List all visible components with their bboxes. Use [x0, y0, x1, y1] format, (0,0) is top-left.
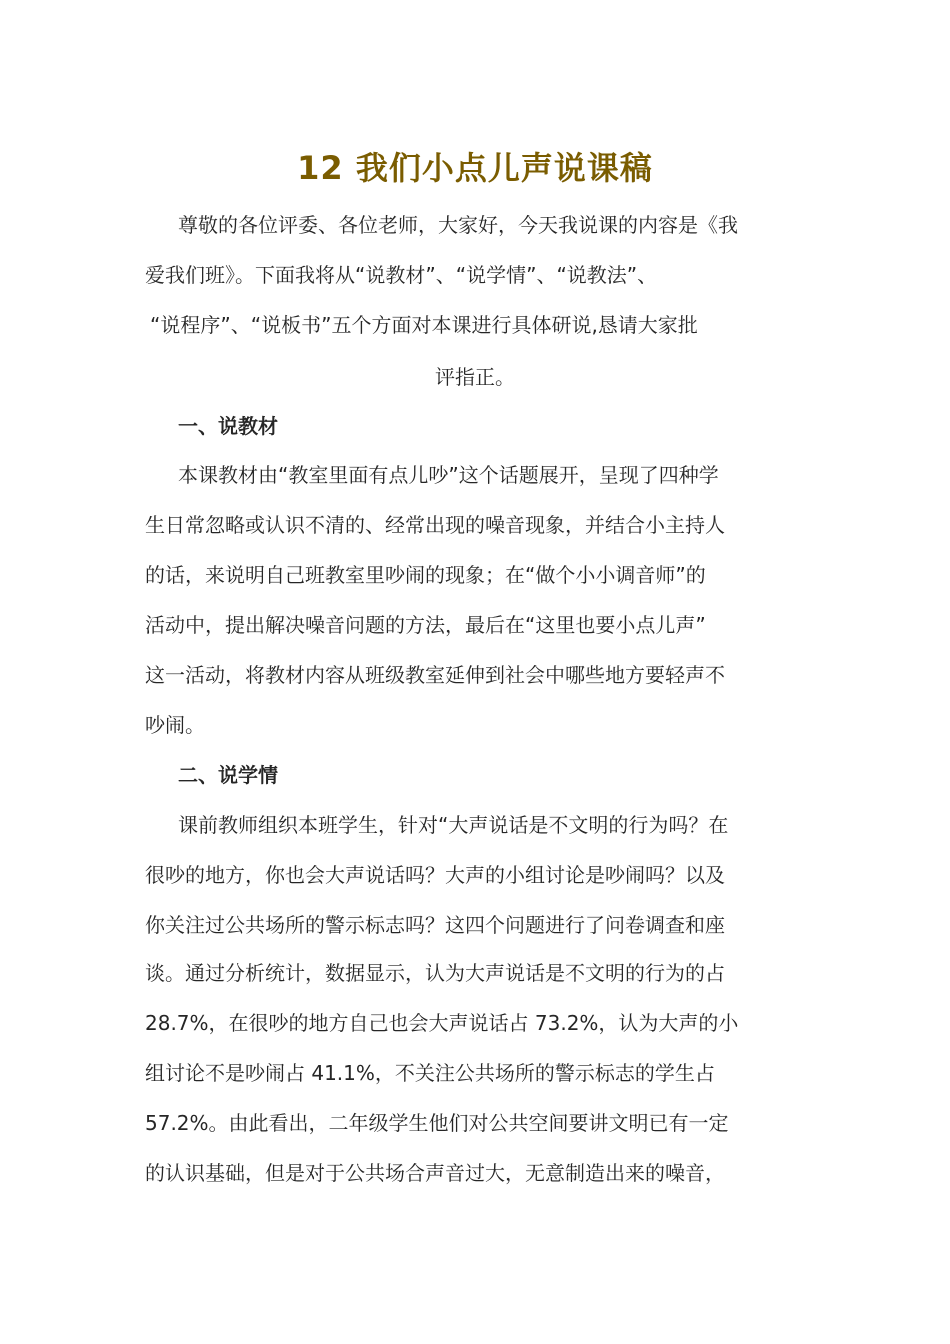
- text-line: 28.7%，在很吵的地方自己也会大声说话占 73.2%，认为大声的小: [145, 1010, 738, 1036]
- text-line: 57.2%。由此看出，二年级学生他们对公共空间要讲文明已有一定: [145, 1110, 729, 1136]
- text-line: 爱我们班》。下面我将从“说教材”、“说学情”、“说教法”、: [145, 262, 657, 288]
- document-page: 12 我们小点儿声说课稿 尊敬的各位评委、各位老师，大家好，今天我说课的内容是《…: [0, 0, 950, 1344]
- text-line: 这一活动，将教材内容从班级教室延伸到社会中哪些地方要轻声不: [145, 662, 725, 688]
- text-line: 本课教材由“教室里面有点儿吵”这个话题展开，呈现了四种学: [178, 462, 719, 488]
- text-line: 评指正。: [0, 364, 950, 390]
- text-line: 你关注过公共场所的警示标志吗？这四个问题进行了问卷调查和座: [145, 912, 725, 938]
- text-line: 吵闹。: [145, 712, 205, 738]
- section-heading: 一、说教材: [178, 413, 278, 439]
- text-line: 生日常忽略或认识不清的、经常出现的噪音现象，并结合小主持人: [145, 512, 725, 538]
- section-heading: 二、说学情: [178, 762, 278, 788]
- text-line: 组讨论不是吵闹占 41.1%，不关注公共场所的警示标志的学生占: [145, 1060, 715, 1086]
- text-line: 谈。通过分析统计，数据显示，认为大声说话是不文明的行为的占: [145, 960, 725, 986]
- document-title: 12 我们小点儿声说课稿: [0, 143, 950, 189]
- text-line: 的认识基础，但是对于公共场合声音过大，无意制造出来的噪音，: [145, 1160, 725, 1186]
- text-line: “说程序”、“说板书”五个方面对本课进行具体研说,恳请大家批: [150, 312, 698, 338]
- text-line: 很吵的地方，你也会大声说话吗？大声的小组讨论是吵闹吗？以及: [145, 862, 725, 888]
- text-line: 课前教师组织本班学生，针对“大声说话是不文明的行为吗？在: [178, 812, 728, 838]
- text-line: 活动中，提出解决噪音问题的方法，最后在“这里也要小点儿声”: [145, 612, 706, 638]
- text-line: 尊敬的各位评委、各位老师，大家好，今天我说课的内容是《我: [178, 212, 738, 238]
- text-line: 的话，来说明自己班教室里吵闹的现象；在“做个小小调音师”的: [145, 562, 706, 588]
